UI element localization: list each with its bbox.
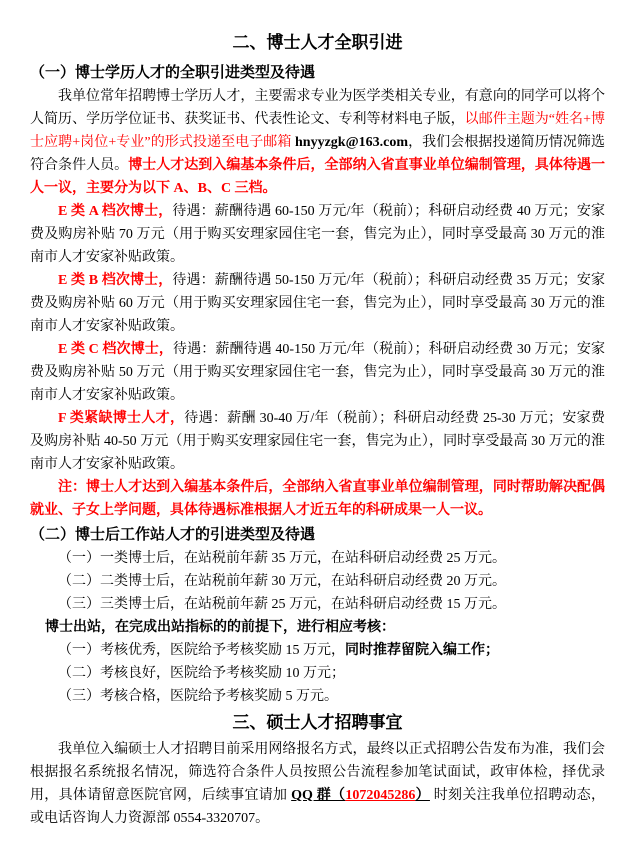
outbound-assessment-header: 博士出站，在完成出站指标的的前提下，进行相应考核： bbox=[30, 616, 605, 639]
assess-item-2: （二）考核良好，医院给予考核奖励 10 万元； bbox=[30, 662, 605, 685]
grade-eb-label: E 类 B 档次博士， bbox=[58, 273, 172, 288]
qq-group-close-paren: ） bbox=[415, 788, 430, 803]
paragraph-grade-ec: E 类 C 档次博士，待遇：薪酬待遇 40-150 万元/年（税前）；科研启动经… bbox=[30, 338, 605, 407]
assess-item-1-bold-tail: 同时推荐留院入编工作； bbox=[345, 643, 499, 658]
heading-postdoc-station-types: （二）博士后工作站人才的引进类型及待遇 bbox=[30, 522, 605, 547]
assess-item-1-text: （一）考核优秀，医院给予考核奖励 15 万元， bbox=[58, 643, 345, 658]
assess-item-3: （三）考核合格，医院给予考核奖励 5 万元。 bbox=[30, 685, 605, 708]
section-title-master-recruit: 三、硕士人才招聘事宜 bbox=[30, 710, 605, 735]
paragraph-master-intro: 我单位入编硕士人才招聘目前采用网络报名方式，最终以正式招聘公告发布为准，我们会根… bbox=[30, 738, 605, 830]
section-title-doctor-recruit: 二、博士人才全职引进 bbox=[30, 30, 605, 55]
paragraph-grade-f: F 类紧缺博士人才，待遇：薪酬 30-40 万/年（税前）；科研启动经费 25-… bbox=[30, 407, 605, 476]
grade-f-label: F 类紧缺博士人才， bbox=[58, 411, 184, 426]
qq-group-label: QQ 群（ bbox=[291, 788, 345, 803]
grade-ec-label: E 类 C 档次博士， bbox=[58, 342, 173, 357]
paragraph-doctor-intro: 我单位常年招聘博士学历人才，主要需求专业为医学类相关专业，有意向的同学可以将个人… bbox=[30, 85, 605, 200]
document-page: 二、博士人才全职引进 （一）博士学历人才的全职引进类型及待遇 我单位常年招聘博士… bbox=[0, 0, 633, 849]
email-address: hnyyzgk@163.com bbox=[295, 135, 408, 150]
postdoc-item-3: （三）三类博士后，在站税前年薪 25 万元，在站科研启动经费 15 万元。 bbox=[30, 593, 605, 616]
grade-ea-label: E 类 A 档次博士， bbox=[58, 204, 172, 219]
heading-doctor-fulltime-types: （一）博士学历人才的全职引进类型及待遇 bbox=[30, 60, 605, 85]
postdoc-item-1: （一）一类博士后，在站税前年薪 35 万元，在站科研启动经费 25 万元。 bbox=[30, 547, 605, 570]
postdoc-item-2: （二）二类博士后，在站税前年薪 30 万元，在站科研启动经费 20 万元。 bbox=[30, 570, 605, 593]
paragraph-grade-ea: E 类 A 档次博士，待遇：薪酬待遇 60-150 万元/年（税前）；科研启动经… bbox=[30, 200, 605, 269]
paragraph-grade-eb: E 类 B 档次博士，待遇：薪酬待遇 50-150 万元/年（税前）；科研启动经… bbox=[30, 269, 605, 338]
qq-group-number-link[interactable]: 1072045286 bbox=[345, 788, 415, 803]
paragraph-note: 注：博士人才达到入编基本条件后，全部纳入省直事业单位编制管理，同时帮助解决配偶就… bbox=[30, 476, 605, 522]
assess-item-1: （一）考核优秀，医院给予考核奖励 15 万元，同时推荐留院入编工作； bbox=[30, 639, 605, 662]
